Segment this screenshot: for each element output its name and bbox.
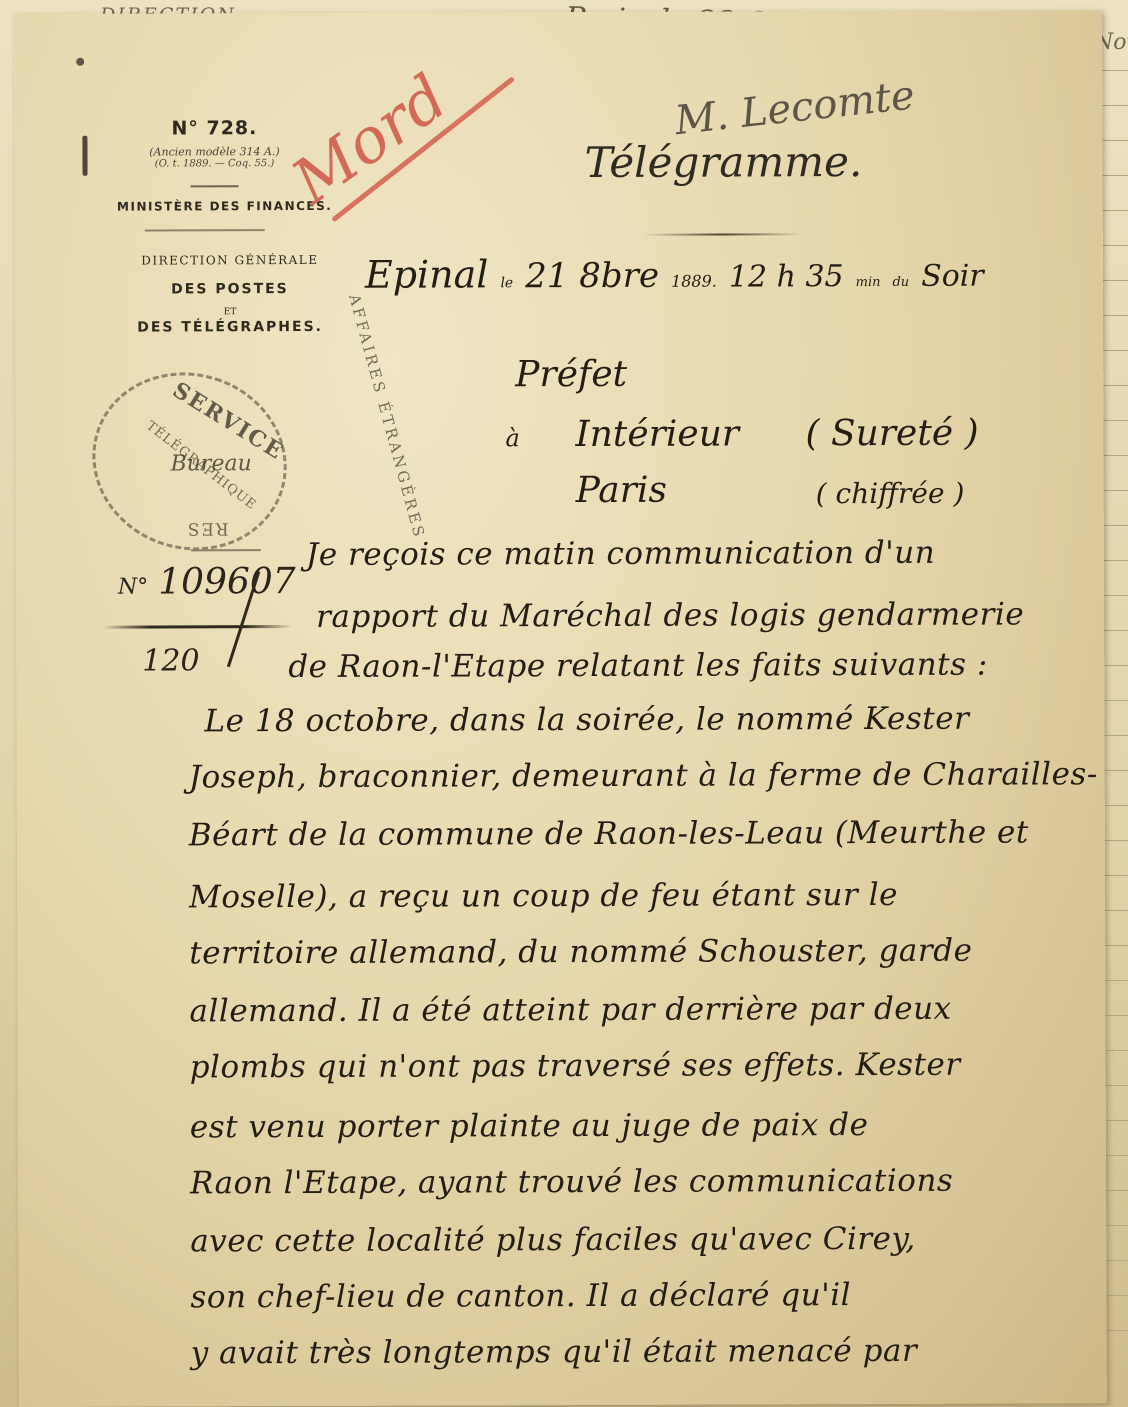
- body-line: Je reçois ce matin communication d'un: [306, 535, 935, 573]
- divider: [191, 185, 239, 187]
- stamp-bottom-text: RES: [186, 518, 229, 538]
- recipient-service: ( Sureté ): [805, 413, 978, 455]
- body-line: allemand. Il a été atteint par derrière …: [189, 991, 951, 1030]
- origin-day: 21 8bre: [525, 256, 659, 296]
- body-line: y avait très longtemps qu'il était menac…: [191, 1333, 918, 1372]
- body-line: Béart de la commune de Raon-les-Leau (Me…: [189, 814, 1029, 853]
- reference-value: 109607: [158, 561, 296, 602]
- origin-line: Epinal le 21 8bre 1889. 12 h 35 min du S…: [365, 251, 984, 297]
- des-telegraphes-label: DES TÉLÉGRAPHES.: [115, 319, 345, 336]
- form-number: N° 728.: [84, 117, 344, 140]
- pencil-name-annotation: M. Lecomte: [673, 72, 917, 144]
- divider: [191, 549, 261, 551]
- origin-city: Epinal: [365, 252, 489, 296]
- body-line: avec cette localité plus faciles qu'avec…: [190, 1221, 916, 1260]
- recipient-city: Paris: [576, 470, 667, 511]
- telegram-title: Télégramme.: [584, 137, 862, 187]
- reference-number: N°109607: [118, 561, 296, 603]
- reference-sub-number: 120: [142, 643, 199, 678]
- origin-min-label: min: [856, 275, 881, 290]
- direction-generale-label: DIRECTION GÉNÉRALE: [115, 253, 345, 268]
- body-line: Raon l'Etape, ayant trouvé les communica…: [190, 1163, 953, 1202]
- origin-year: 1889.: [671, 272, 717, 291]
- telegram-sheet: N° 728. (Ancien modèle 314 A.) (O. t. 18…: [14, 10, 1107, 1407]
- origin-period: Soir: [921, 259, 984, 294]
- body-line: Joseph, braconnier, demeurant à la ferme…: [189, 756, 1098, 795]
- stamp-right-arc-text: AFFAIRES ÉTRANGÈRES: [345, 292, 429, 541]
- origin-le: le: [500, 275, 513, 291]
- origin-du: du: [892, 275, 909, 290]
- reference-rule: [102, 625, 292, 629]
- body-line: territoire allemand, du nommé Schouster,…: [189, 933, 972, 972]
- body-line: son chef-lieu de canton. Il a déclaré qu…: [190, 1277, 851, 1315]
- recipient-interieur: Intérieur: [575, 413, 739, 455]
- title-ornament-rule: [643, 233, 803, 236]
- reference-prefix: N°: [118, 575, 148, 600]
- body-line: Moselle), a reçu un coup de feu étant su…: [189, 877, 898, 915]
- recipient-a: à: [505, 424, 519, 452]
- recipient-note: ( chiffrée ): [816, 477, 965, 511]
- body-line: de Raon-l'Etape relatant les faits suiva…: [288, 647, 988, 685]
- recipient-prefet: Préfet: [515, 354, 627, 395]
- body-line: rapport du Maréchal des logis gendarmeri…: [316, 596, 1024, 634]
- et-label: ET: [115, 307, 345, 318]
- divider: [145, 229, 265, 231]
- body-line: plombs qui n'ont pas traversé ses effets…: [190, 1047, 961, 1086]
- staple-hole-icon: [76, 58, 84, 66]
- des-postes-label: DES POSTES: [115, 281, 345, 298]
- body-line: est venu porter plainte au juge de paix …: [190, 1107, 869, 1145]
- origin-hour: 12 h 35: [729, 259, 844, 294]
- body-line: Le 18 octobre, dans la soirée, le nommé …: [204, 701, 969, 740]
